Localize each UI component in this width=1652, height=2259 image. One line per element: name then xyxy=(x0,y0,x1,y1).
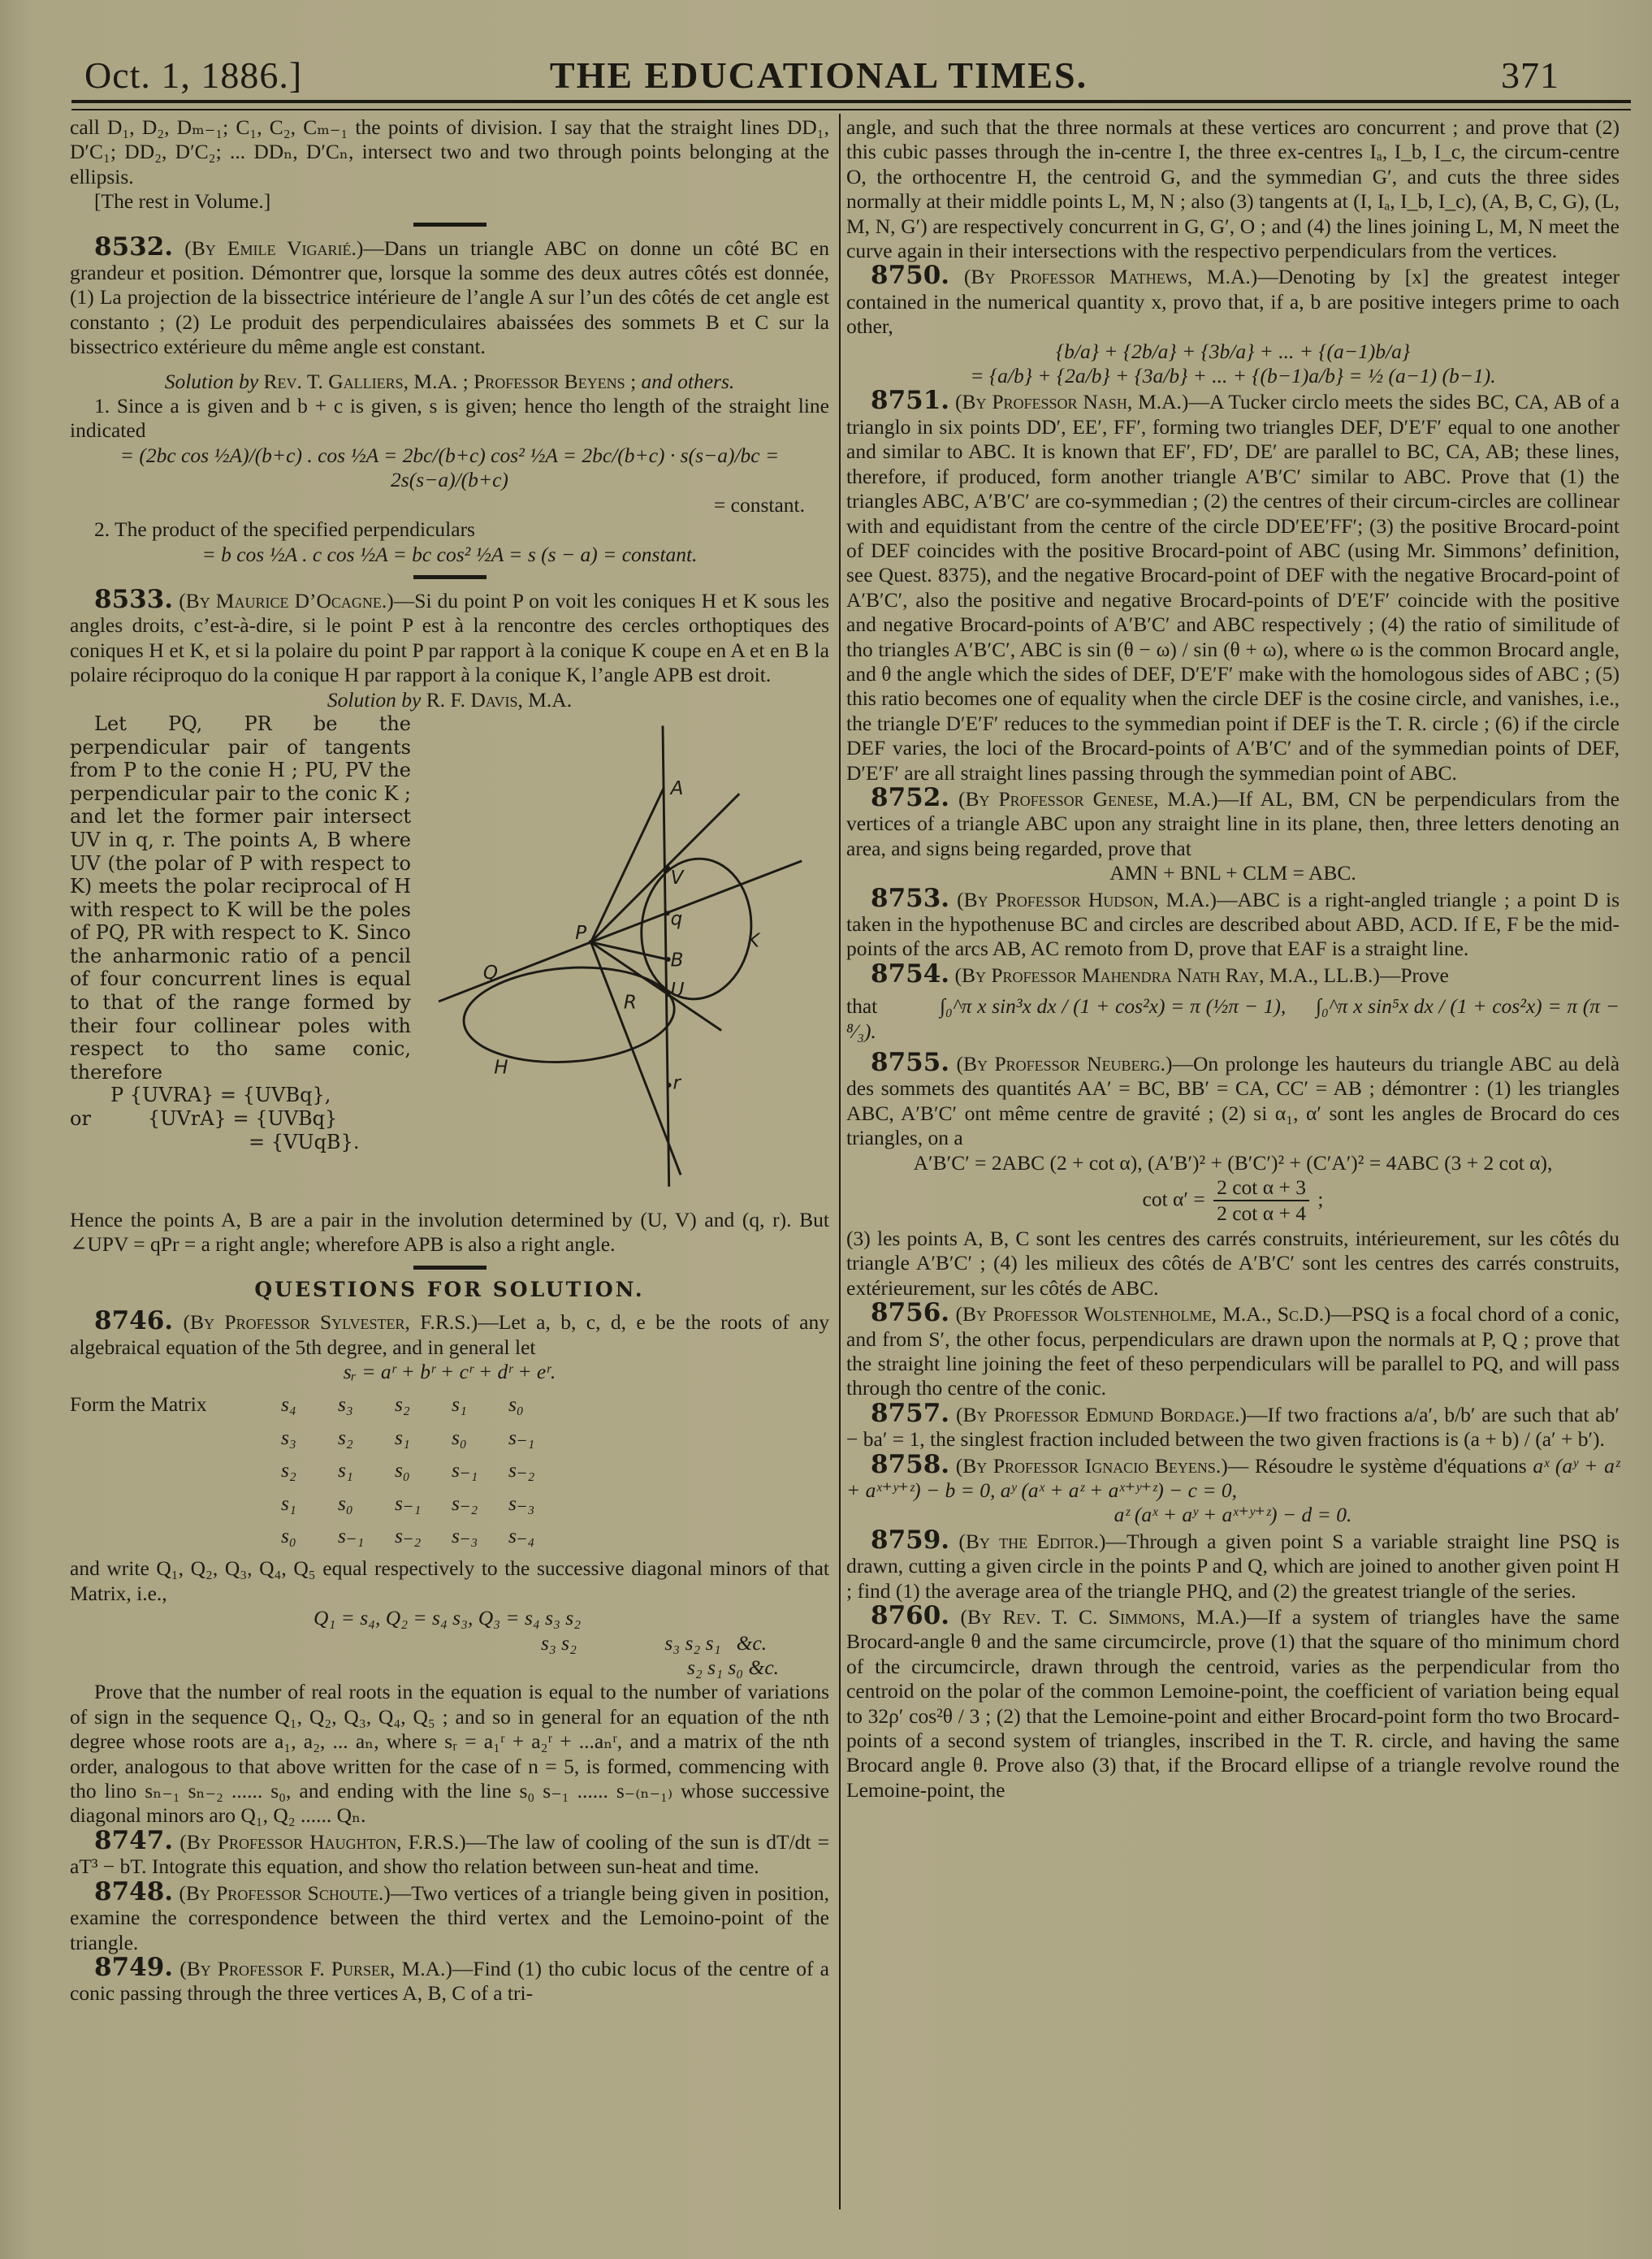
label-A: A xyxy=(669,778,684,799)
masthead: Oct. 1, 1886.] THE EDUCATIONAL TIMES. 37… xyxy=(71,54,1566,99)
cot-lhs: cot α′ = xyxy=(1143,1187,1205,1210)
matrix-cell: s₂ xyxy=(281,1458,338,1482)
question-author: (By Professor Mahendra Nath Ray, M.A., L… xyxy=(954,963,1379,987)
integral-row: that ∫₀^π x sin³x dx / (1 + cos²x) = π (… xyxy=(846,994,1620,1044)
label-r: r xyxy=(673,1073,682,1094)
question-number: 8754. xyxy=(871,959,949,989)
label-V: V xyxy=(671,868,685,889)
solution-formula-2: = b cos ½A . c cos ½A = bc cos² ½A = s (… xyxy=(70,543,829,567)
solution-formula-1: = (2bc cos ½A)/(b+c) . cos ½A = 2bc/(b+c… xyxy=(70,444,829,493)
matrix-cell: s₋₃ xyxy=(452,1524,508,1548)
matrix-cell: s₃ xyxy=(338,1392,395,1417)
matrix-cell: s₋₁ xyxy=(395,1491,452,1516)
matrix-cell: s₀ xyxy=(508,1392,565,1417)
question-text: —If a system of triangles have the same … xyxy=(846,1605,1620,1802)
header-rule-secondary xyxy=(71,109,1631,110)
equation-2-row: or{UVrA} = {UVBq} xyxy=(70,1107,411,1131)
matrix-cell: s₋₁ xyxy=(508,1426,565,1450)
matrix-cell: s₂ xyxy=(338,1426,395,1450)
question-number: 8752. xyxy=(871,783,949,812)
geometry-figure: A V q P K B Q U R H r xyxy=(419,712,825,1208)
label-P: P xyxy=(575,923,586,944)
equation-1: P {UVRA} = {UVBq}, xyxy=(70,1084,411,1107)
denominator: 2 cot α + 4 xyxy=(1213,1201,1309,1226)
question-8757: 8757. (By Professor Edmund Bordage.)—If … xyxy=(846,1401,1620,1452)
question-author: (By Professor Sylvester, F.R.S.) xyxy=(183,1310,478,1334)
integral-prefix: that xyxy=(846,994,877,1018)
label-Q: Q xyxy=(483,963,498,984)
question-author: (By Maurice D’Ocagne.) xyxy=(179,589,394,612)
matrix-cell: s₋₂ xyxy=(452,1491,508,1516)
question-number: 8758. xyxy=(871,1450,949,1479)
matrix-cell: s₁ xyxy=(281,1491,338,1516)
question-number: 8748. xyxy=(94,1877,173,1906)
question-author: (By Professor Ignacio Beyens.) xyxy=(956,1454,1228,1478)
question-author: (By Professor Haughton, F.R.S.) xyxy=(179,1830,466,1854)
solution-others: and others. xyxy=(642,370,735,393)
solution-label: Solution by xyxy=(165,370,258,393)
question-number: 8759. xyxy=(871,1525,949,1555)
solution-part-2: 2. The product of the specified perpendi… xyxy=(70,517,829,542)
question-8755: 8755. (By Professor Neuberg.)—On prolong… xyxy=(846,1050,1620,1151)
area-formula: AMN + BNL + CLM = ABC. xyxy=(846,861,1620,885)
integral-1: ∫₀^π x sin³x dx / (1 + cos²x) = π (½π − … xyxy=(883,994,1286,1018)
equation-3: = {VUqB}. xyxy=(70,1131,411,1154)
solution-authors: Rev. T. Galliers, M.A. ; Professor Beyen… xyxy=(264,370,637,393)
formula-line-2: = {a/b} + {2a/b} + {3a/b} + ... + {(b−1)… xyxy=(846,364,1620,388)
question-8758: 8758. (By Professor Ignacio Beyens.)— Ré… xyxy=(846,1452,1620,1504)
label-U: U xyxy=(671,980,685,1001)
minors-line-3: s₂ s₁ s₀ &c. xyxy=(70,1655,829,1680)
matrix-cell: s₁ xyxy=(395,1426,452,1450)
newspaper-page: Oct. 1, 1886.] THE EDUCATIONAL TIMES. 37… xyxy=(0,0,1652,2259)
matrix-cell: s₀ xyxy=(452,1426,508,1450)
question-8746-text-3: Prove that the number of real roots in t… xyxy=(70,1680,829,1828)
page-number: 371 xyxy=(1501,54,1559,97)
right-column: angle, and such that the three normals a… xyxy=(846,115,1620,1802)
solution-with-figure: Let PQ, PR be the perpendicular pair of … xyxy=(70,712,829,1208)
question-number: 8760. xyxy=(871,1601,949,1630)
solution-body: Let PQ, PR be the perpendicular pair of … xyxy=(70,712,411,1084)
question-8532: 8532. (By Emile Vigarié.)—Dans un triang… xyxy=(70,235,829,360)
question-number: 8753. xyxy=(871,884,949,913)
question-8760: 8760. (By Rev. T. C. Simmons, M.A.)—If a… xyxy=(846,1603,1620,1802)
matrix-cell: s₀ xyxy=(338,1491,395,1516)
question-number: 8747. xyxy=(94,1826,173,1855)
question-number: 8751. xyxy=(871,386,949,415)
question-author: (By Professor Wolstenholme, M.A., Sc.D.) xyxy=(955,1302,1330,1326)
question-8759: 8759. (By the Editor.)—Through a given p… xyxy=(846,1528,1620,1603)
solution-8533-text: Let PQ, PR be the perpendicular pair of … xyxy=(70,712,411,1208)
question-8749-continuation: angle, and such that the three normals a… xyxy=(846,115,1620,263)
solution-authors: R. F. Davis, M.A. xyxy=(426,688,572,712)
question-number: 8756. xyxy=(871,1298,949,1327)
question-8755-text-2: (3) les points A, B, C sont les centres … xyxy=(846,1227,1620,1300)
solution-credit: Solution by R. F. Davis, M.A. xyxy=(70,688,829,712)
question-author: (By Emile Vigarié.) xyxy=(184,236,363,260)
solution-result-1: = constant. xyxy=(70,493,829,517)
matrix-cell: s₀ xyxy=(281,1524,338,1548)
question-author: (By Rev. T. C. Simmons, M.A.) xyxy=(960,1605,1247,1629)
question-8746: 8746. (By Professor Sylvester, F.R.S.)—L… xyxy=(70,1309,829,1360)
minors-line-2: s₃ s₂ s₃ s₂ s₁ &c. xyxy=(70,1631,829,1655)
conics-diagram: A V q P K B Q U R H r xyxy=(419,712,825,1208)
section-rule xyxy=(413,1266,487,1270)
label-B: B xyxy=(671,950,684,972)
question-author: (By Professor Genese, M.A.) xyxy=(958,787,1218,811)
numerator: 2 cot α + 3 xyxy=(1213,1175,1309,1201)
matrix-cell: s₂ xyxy=(395,1392,452,1417)
matrix-cell: s₋₂ xyxy=(508,1458,565,1482)
column-divider xyxy=(839,114,841,2209)
question-8754: 8754. (By Professor Mahendra Nath Ray, M… xyxy=(846,962,1620,988)
matrix-cell: s₃ xyxy=(281,1426,338,1450)
question-8753: 8753. (By Professor Hudson, M.A.)—ABC is… xyxy=(846,886,1620,962)
matrix-cell: s₋₁ xyxy=(452,1458,508,1482)
matrix-cell: s₋₃ xyxy=(508,1491,565,1516)
cot-fraction: 2 cot α + 3 2 cot α + 4 xyxy=(1213,1175,1309,1227)
question-author: (By the Editor.) xyxy=(958,1530,1105,1553)
question-number: 8533. xyxy=(94,585,173,614)
question-number: 8749. xyxy=(94,1953,173,1982)
question-author: (By Professor Nash, M.A.) xyxy=(955,390,1188,413)
question-number: 8750. xyxy=(871,261,949,290)
question-text: — Résoudre le système d'équations xyxy=(1228,1454,1527,1478)
question-author: (By Professor Schoute.) xyxy=(179,1881,390,1905)
question-number: 8755. xyxy=(871,1048,949,1077)
left-column: call D₁, D₂, Dₘ₋₁; C₁, C₂, Cₘ₋₁ the poin… xyxy=(70,115,829,2006)
solution-credit: Solution by Rev. T. Galliers, M.A. ; Pro… xyxy=(70,370,829,394)
solution-part-1: 1. Since a is given and b + c is given, … xyxy=(70,394,829,444)
section-rule xyxy=(413,223,487,227)
continuation-text: call D₁, D₂, Dₘ₋₁; C₁, C₂, Cₘ₋₁ the poin… xyxy=(70,115,829,189)
solution-conclusion: Hence the points A, B are a pair in the … xyxy=(70,1208,829,1257)
label-R: R xyxy=(624,993,637,1014)
question-8749: 8749. (By Professor F. Purser, M.A.)—Fin… xyxy=(70,1955,829,2006)
solution-label: Solution by xyxy=(327,688,421,712)
system-equations-2: aᶻ (aˣ + aʸ + aˣ⁺ʸ⁺ᶻ) − d = 0. xyxy=(846,1503,1620,1527)
cot-formula: cot α′ = 2 cot α + 3 2 cot α + 4 ; xyxy=(846,1175,1620,1227)
matrix-cell: s₀ xyxy=(395,1458,452,1482)
question-8747: 8747. (By Professor Haughton, F.R.S.)—Th… xyxy=(70,1828,829,1880)
matrix-cell: s₄ xyxy=(281,1392,338,1417)
header-rule xyxy=(71,100,1631,103)
label-H: H xyxy=(494,1057,508,1078)
publication-title: THE EDUCATIONAL TIMES. xyxy=(71,54,1566,97)
label-K: K xyxy=(747,931,761,952)
question-8752: 8752. (By Professor Genese, M.A.)—If AL,… xyxy=(846,785,1620,861)
label-q: q xyxy=(671,909,683,930)
formula-line-1: {b/a} + {2b/a} + {3b/a} + ... + {(a−1)b/… xyxy=(846,340,1620,364)
matrix: Form the Matrix s₄ s₃ s₂ s₁ s₀ s₃ s₂ s₁ … xyxy=(70,1392,829,1548)
equation-2: {UVrA} = {UVBq} xyxy=(91,1107,337,1130)
question-8746-text-2: and write Q₁, Q₂, Q₃, Q₄, Q₅ equal respe… xyxy=(70,1556,829,1606)
question-text: —Prove xyxy=(1380,963,1449,987)
question-8533: 8533. (By Maurice D’Ocagne.)—Si du point… xyxy=(70,587,829,688)
question-number: 8746. xyxy=(94,1306,173,1335)
question-author: (By Professor Hudson, M.A.) xyxy=(957,888,1217,911)
matrix-cell: s₋₄ xyxy=(508,1524,565,1548)
question-text: —A Tucker circlo meets the sides BC, CA,… xyxy=(846,390,1620,784)
equation-prefix: or xyxy=(70,1107,91,1130)
question-8748: 8748. (By Professor Schoute.)—Two vertic… xyxy=(70,1880,829,1955)
question-8756: 8756. (By Professor Wolstenholme, M.A., … xyxy=(846,1300,1620,1401)
rest-note: [The rest in Volume.] xyxy=(70,189,829,214)
section-rule xyxy=(413,575,487,579)
formula-line-1: A′B′C′ = 2ABC (2 + cot α), (A′B′)² + (B′… xyxy=(846,1151,1620,1175)
section-heading: QUESTIONS FOR SOLUTION. xyxy=(70,1278,829,1302)
question-number: 8757. xyxy=(871,1399,949,1428)
question-author: (By Professor Mathews, M.A.) xyxy=(964,265,1257,288)
matrix-label: Form the Matrix xyxy=(70,1392,281,1417)
question-author: (By Professor Neuberg.) xyxy=(957,1052,1173,1075)
matrix-cell: s₁ xyxy=(338,1458,395,1482)
question-8750: 8750. (By Professor Mathews, M.A.)—Denot… xyxy=(846,263,1620,339)
question-author: (By Professor Edmund Bordage.) xyxy=(956,1403,1247,1426)
question-author: (By Professor F. Purser, M.A.) xyxy=(179,1957,452,1980)
question-8751: 8751. (By Professor Nash, M.A.)—A Tucker… xyxy=(846,388,1620,785)
minors-line-1: Q₁ = s₄, Q₂ = s₄ s₃, Q₃ = s₄ s₃ s₂ xyxy=(70,1606,829,1630)
power-sum-formula: sᵣ = aʳ + bʳ + cʳ + dʳ + eʳ. xyxy=(70,1360,829,1384)
matrix-cell: s₋₁ xyxy=(338,1524,395,1548)
matrix-cell: s₁ xyxy=(452,1392,508,1417)
question-number: 8532. xyxy=(94,232,173,262)
matrix-cell: s₋₂ xyxy=(395,1524,452,1548)
